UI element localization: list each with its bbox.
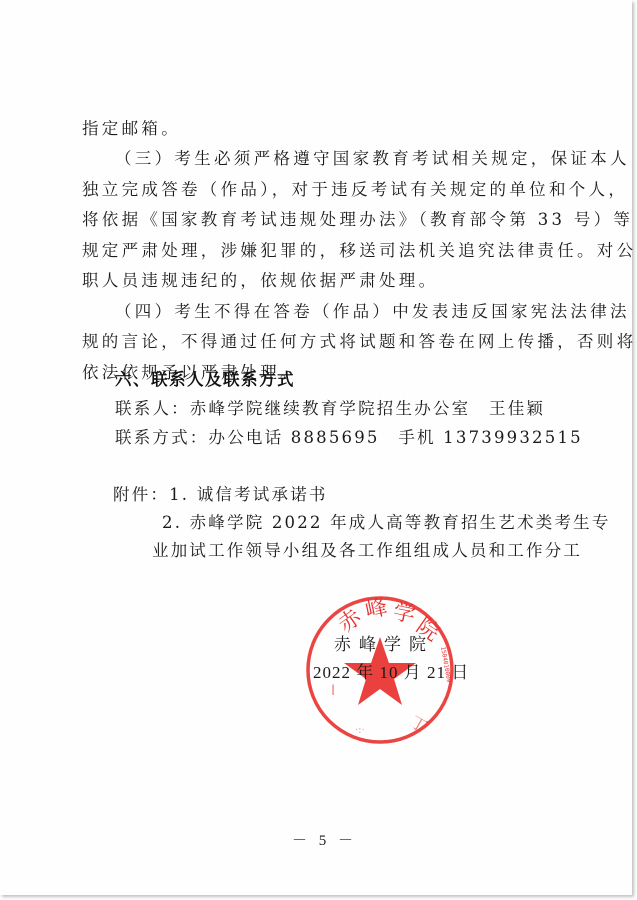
paragraph-line: 规定严肃处理，涉嫌犯罪的，移送司法机关追究法律责任。对公 — [82, 240, 636, 262]
svg-text:I: I — [331, 683, 335, 699]
svg-text:·:·: ·:· — [355, 725, 365, 736]
attachment-2-line-2: 业加试工作领导小组及各工作组组成人员和工作分工 — [152, 540, 582, 562]
paragraph-line: （三）考生必须严格遵守国家教育考试相关规定，保证本人 — [115, 148, 630, 170]
signature-date: 2022 年 10 月 21 日 — [313, 658, 469, 683]
paragraph-line: 独立完成答卷（作品），对于违反考试有关规定的单位和个人， — [82, 179, 628, 201]
paragraph-line: 指定邮箱。 — [82, 118, 181, 140]
attachment-2-line-1: 2. 赤峰学院 2022 年成人高等教育招生艺术类考生专 — [162, 512, 611, 534]
paragraph-line: 职人员违规违纪的，依规依据严肃处理。 — [82, 270, 438, 292]
svg-text:学: 学 — [391, 599, 418, 628]
paragraph-line: （四）考生不得在答卷（作品）中发表违反国家宪法法律法 — [115, 301, 630, 323]
contact-person: 联系人：赤峰学院继续教育学院招生办公室 王佳颖 — [115, 398, 545, 420]
signature-organization: 赤峰学院 — [334, 630, 434, 655]
page-number: － 5 － — [292, 829, 357, 850]
document-page: 指定邮箱。 （三）考生必须严格遵守国家教育考试相关规定，保证本人 独立完成答卷（… — [0, 0, 632, 895]
attachment-1: 附件：1. 诚信考试承诺书 — [113, 484, 328, 506]
paragraph-line: 将依据《国家教育考试违规处理办法》（教育部令第 33 号）等 — [82, 209, 633, 231]
paragraph-line: 规的言论，不得通过任何方式将试题和答卷在网上传播，否则将 — [82, 331, 636, 353]
contact-method: 联系方式：办公电话 8885695 手机 13739932515 — [115, 427, 583, 449]
svg-text:丁: 丁 — [407, 712, 430, 736]
section-heading: 六、联系人及联系方式 — [115, 369, 295, 391]
